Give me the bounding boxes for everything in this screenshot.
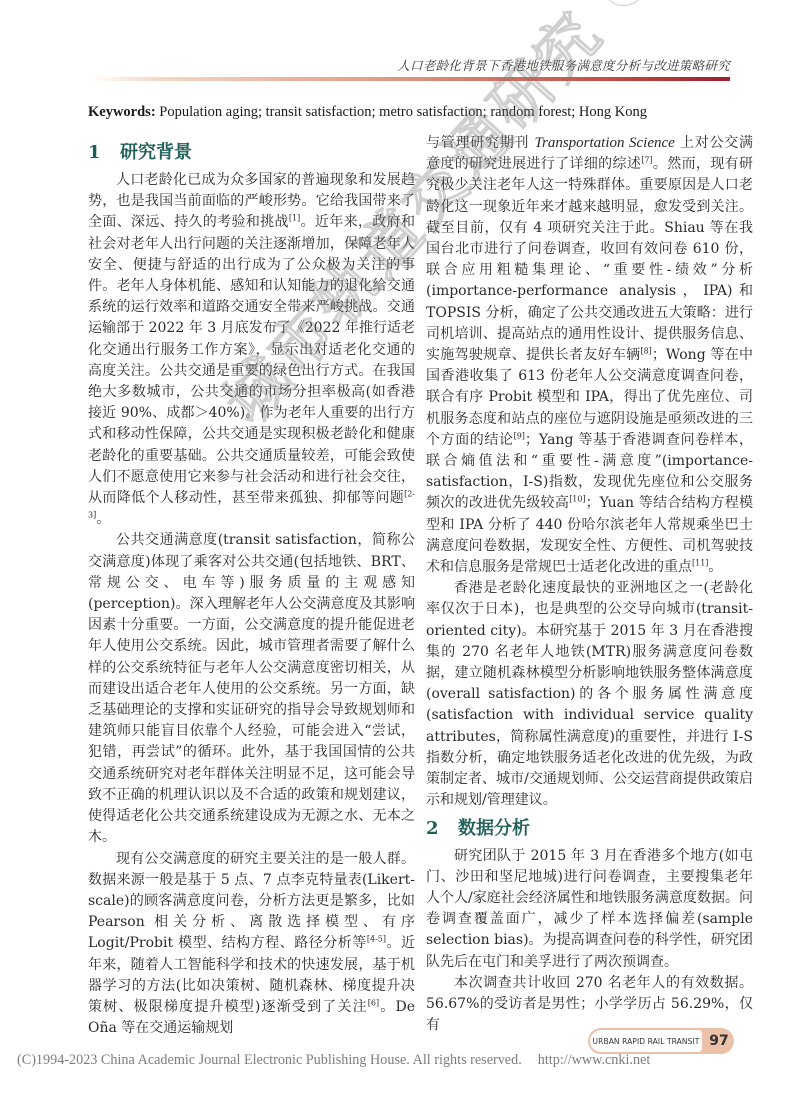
right-column: 与管理研究期刊 Transportation Science 上对公交满意度的研…: [426, 133, 753, 1036]
journal-name: Transportation Science: [534, 135, 674, 151]
keywords-label: Keywords:: [88, 104, 156, 120]
paragraph-survey-results: 本次调查共计收回 270 名老年人的有效数据。56.67%的受访者是男性；小学学…: [426, 973, 753, 1037]
section-title: 研究背景: [120, 142, 192, 163]
keywords-line: Keywords: Population aging; transit sati…: [88, 104, 647, 121]
keywords-text: Population aging; transit satisfaction; …: [156, 104, 647, 120]
paragraph-transit-satisfaction: 公共交通满意度(transit satisfaction，简称公交满意度)体现了…: [88, 530, 415, 848]
citation[interactable]: [7]: [641, 156, 652, 165]
running-header-title: 人口老龄化背景下香港地铁服务满意度分析与改进策略研究: [90, 56, 730, 74]
copyright-footer: (C)1994-2023 China Academic Journal Elec…: [17, 1052, 650, 1069]
citation[interactable]: [10]: [569, 495, 585, 504]
paragraph-existing-research: 现有公交满意度的研究主要关注的是一般人群。数据来源一般是基于 5 点、7 点李克…: [88, 849, 415, 1040]
paragraph-survey-method: 研究团队于 2015 年 3 月在香港多个地方(如屯门、沙田和坚尼地城)进行问卷…: [426, 846, 753, 973]
section-title: 数据分析: [458, 818, 530, 839]
citation[interactable]: [1]: [289, 214, 300, 223]
section-heading-1: 1研究背景: [88, 140, 415, 166]
paragraph-hong-kong-study: 香港是老龄化速度最快的亚洲地区之一(老龄化率仅次于日本)，也是典型的公交导向城市…: [426, 578, 753, 811]
page-badge: URBAN RAPID RAIL TRANSIT 97: [588, 1028, 734, 1054]
citation[interactable]: [9]: [514, 431, 525, 440]
left-column: 1研究背景 人口老龄化已成为众多国家的普遍现象和发展趋势，也是我国当前面临的严峻…: [88, 140, 415, 1039]
paragraph-continuation-literature: 与管理研究期刊 Transportation Science 上对公交满意度的研…: [426, 133, 753, 578]
paragraph-aging-background: 人口老龄化已成为众多国家的普遍现象和发展趋势，也是我国当前面临的严峻形势。它给我…: [88, 170, 415, 530]
section-number: 1: [88, 140, 120, 166]
section-heading-2: 2数据分析: [426, 816, 753, 842]
header-rule-divider: [90, 77, 730, 81]
citation[interactable]: [4-5]: [367, 935, 386, 944]
cnki-link[interactable]: http://www.cnki.net: [538, 1052, 651, 1068]
copyright-text: (C)1994-2023 China Academic Journal Elec…: [17, 1052, 522, 1068]
citation[interactable]: [11]: [692, 558, 708, 567]
journal-name-label: URBAN RAPID RAIL TRANSIT: [590, 1030, 702, 1052]
citation[interactable]: [8]: [640, 346, 651, 355]
page-number: 97: [704, 1028, 734, 1054]
section-number: 2: [426, 816, 458, 842]
citation[interactable]: [6]: [368, 998, 379, 1007]
